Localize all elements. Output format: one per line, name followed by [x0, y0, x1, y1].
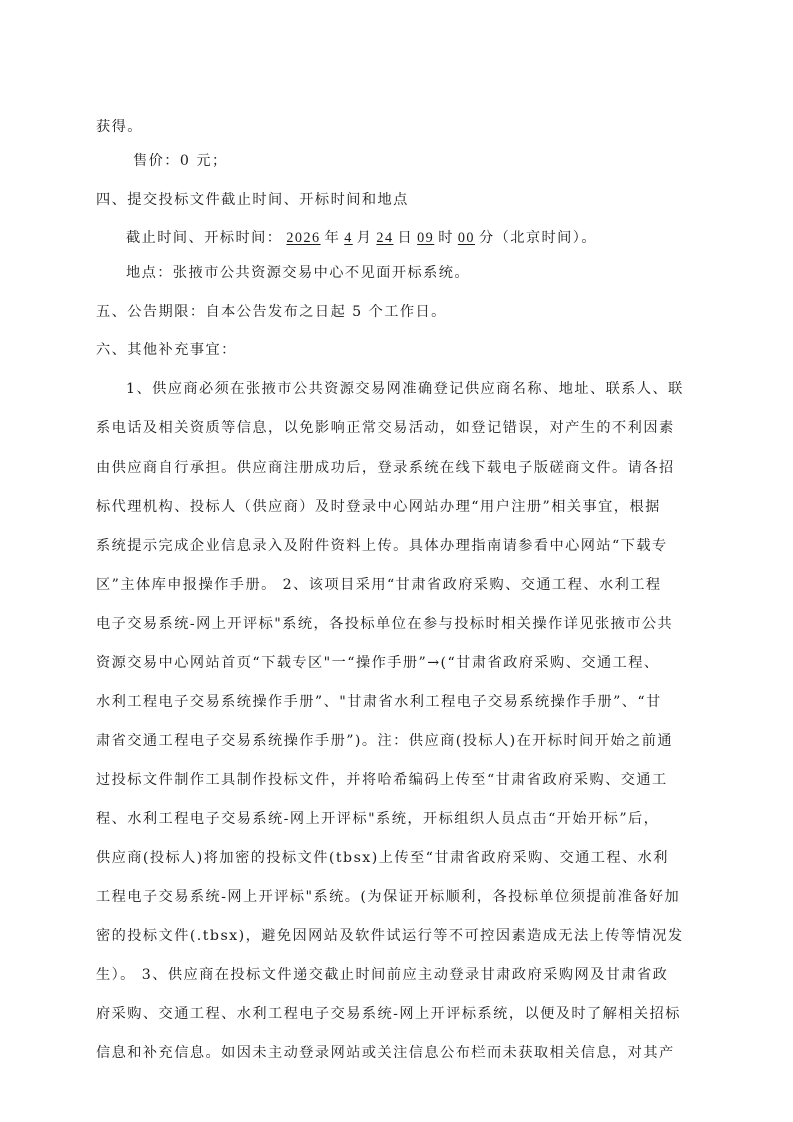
year-unit: 年 [325, 230, 341, 246]
paragraph-line: 水利工程电子交易系统操作手册”、"甘肃省水利工程电子交易系统操作手册”、“甘 [96, 692, 700, 712]
paragraph-line: 电子交易系统-网上开评标"系统，各投标单位在参与投标时相关操作详见张掖市公共 [96, 614, 700, 634]
month-unit: 月 [357, 230, 373, 246]
document-page: 获得。 售价：0 元； 四、提交投标文件截止时间、开标时间和地点 截止时间、开标… [0, 0, 793, 1122]
deadline-month: 4 [340, 230, 357, 246]
paragraph-line: 供应商(投标人)将加密的投标文件(tbsx)上传至“甘肃省政府采购、交通工程、水… [96, 848, 700, 868]
day-unit: 日 [398, 230, 414, 246]
deadline-line: 截止时间、开标时间：2026年4月24日09时00分（北京时间）。 [126, 228, 730, 248]
paragraph-line: 标代理机构、投标人（供应商）及时登录中心网站办理“用户注册”相关事宜，根据 [96, 497, 700, 517]
section-4-heading: 四、提交投标文件截止时间、开标时间和地点 [96, 190, 700, 210]
deadline-minute: 00 [454, 230, 479, 246]
deadline-day: 24 [372, 230, 397, 246]
text-price: 售价：0 元； [133, 151, 737, 171]
section-6-heading: 六、其他补充事宜： [96, 340, 700, 360]
paragraph-line: 系电话及相关资质等信息，以免影响正常交易活动，如登记错误，对产生的不利因素 [96, 418, 700, 438]
paragraph-line: 资源交易中心网站首页“下载专区"一“操作手册”→(“甘肃省政府采购、交通工程、 [96, 653, 700, 673]
text-obtain: 获得。 [96, 117, 700, 137]
section-5: 五、公告期限：自本公告发布之日起 5 个工作日。 [96, 302, 700, 322]
text-location: 地点：张掖市公共资源交易中心不见面开标系统。 [126, 263, 730, 283]
deadline-prefix: 截止时间、开标时间： [126, 230, 282, 246]
paragraph-line: 1、供应商必须在张掖市公共资源交易网准确登记供应商名称、地址、联系人、联 [126, 379, 700, 399]
paragraph-line: 肃省交通工程电子交易系统操作手册”)。注：供应商(投标人)在开标时间开始之前通 [96, 731, 700, 751]
paragraph-line: 过投标文件制作工具制作投标文件，并将哈希编码上传至“甘肃省政府采购、交通工 [96, 770, 700, 790]
paragraph-line: 系统提示完成企业信息录入及附件资料上传。具体办理指南请参看中心网站“下载专 [96, 536, 700, 556]
deadline-year: 2026 [282, 230, 324, 246]
paragraph-line: 程、水利工程电子交易系统-网上开评标"系统，开标组织人员点击“开始开标”后， [96, 809, 700, 829]
deadline-hour: 09 [413, 230, 438, 246]
paragraph-line: 生）。 3、供应商在投标文件递交截止时间前应主动登录甘肃政府采购网及甘肃省政 [96, 965, 700, 985]
paragraph-line: 区”主体库申报操作手册。 2、该项目采用“甘肃省政府采购、交通工程、水利工程 [96, 575, 700, 595]
paragraph-line: 由供应商自行承担。供应商注册成功后，登录系统在线下载电子版磋商文件。请各招 [96, 458, 700, 478]
paragraph-line: 府采购、交通工程、水利工程电子交易系统-网上开评标系统，以便及时了解相关招标 [96, 1004, 700, 1024]
paragraph-line: 信息和补充信息。如因未主动登录网站或关注信息公布栏而未获取相关信息，对其产 [96, 1043, 700, 1063]
paragraph-line: 密的投标文件(.tbsx)，避免因网站及软件试运行等不可控因素造成无法上传等情况… [96, 926, 700, 946]
paragraph-line: 工程电子交易系统-网上开评标"系统。(为保证开标顺利，各投标单位须提前准备好加 [96, 887, 700, 907]
hour-unit: 时 [438, 230, 454, 246]
minute-unit: 分（北京时间）。 [479, 230, 597, 246]
